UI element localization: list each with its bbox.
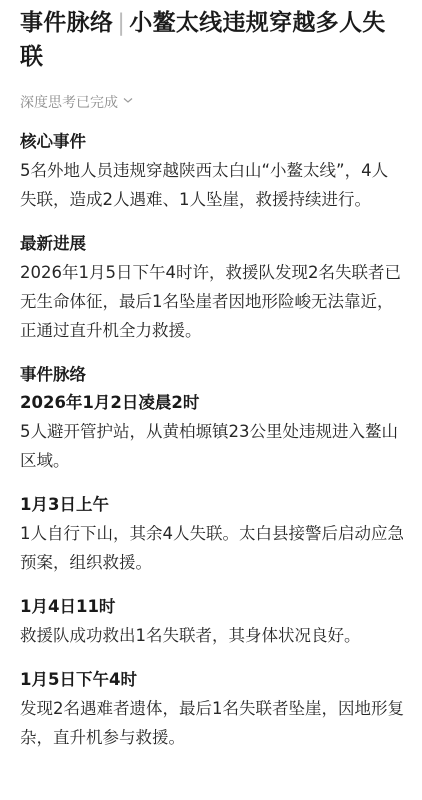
section-body: 5名外地人员违规穿越陕西太白山“小鳌太线”，4人失联，造成2人遇难、1人坠崖，救…: [20, 156, 404, 214]
timeline-event: 2026年1月2日凌晨2时 5人避开管护站，从黄柏塬镇23公里处违规进入鳌山区域…: [20, 389, 404, 475]
event-description: 救援队成功救出1名失联者，其身体状况良好。: [20, 621, 404, 650]
event-time: 1月3日上午: [20, 491, 404, 519]
section-heading: 最新进展: [20, 230, 404, 258]
timeline-event: 1月5日下午4时 发现2名遇难者遗体，最后1名失联者坠崖，因地形复杂，直升机参与…: [20, 666, 404, 752]
timeline-section: 事件脉络 2026年1月2日凌晨2时 5人避开管护站，从黄柏塬镇23公里处违规进…: [20, 361, 404, 752]
latest-progress-section: 最新进展 2026年1月5日下午4时许，救援队发现2名失联者已无生命体征，最后1…: [20, 230, 404, 345]
section-heading: 核心事件: [20, 128, 404, 156]
article: 事件脉络|小鳌太线违规穿越多人失联 深度思考已完成 核心事件 5名外地人员违规穿…: [0, 0, 422, 752]
timeline-event: 1月3日上午 1人自行下山，其余4人失联。太白县接警后启动应急预案，组织救援。: [20, 491, 404, 577]
deep-thinking-toggle[interactable]: 深度思考已完成: [20, 92, 404, 112]
section-body: 2026年1月5日下午4时许，救援队发现2名失联者已无生命体征，最后1名坠崖者因…: [20, 258, 404, 345]
event-description: 1人自行下山，其余4人失联。太白县接警后启动应急预案，组织救援。: [20, 519, 404, 577]
section-heading: 事件脉络: [20, 361, 404, 389]
event-description: 发现2名遇难者遗体，最后1名失联者坠崖，因地形复杂，直升机参与救援。: [20, 694, 404, 752]
deep-thinking-label: 深度思考已完成: [20, 92, 118, 112]
timeline-event: 1月4日11时 救援队成功救出1名失联者，其身体状况良好。: [20, 593, 404, 650]
title-separator: |: [117, 10, 125, 36]
chevron-down-icon: [122, 94, 134, 110]
core-event-section: 核心事件 5名外地人员违规穿越陕西太白山“小鳌太线”，4人失联，造成2人遇难、1…: [20, 128, 404, 214]
page-title: 事件脉络|小鳌太线违规穿越多人失联: [20, 6, 404, 74]
event-time: 2026年1月2日凌晨2时: [20, 389, 404, 417]
event-time: 1月4日11时: [20, 593, 404, 621]
event-description: 5人避开管护站，从黄柏塬镇23公里处违规进入鳌山区域。: [20, 417, 404, 475]
event-time: 1月5日下午4时: [20, 666, 404, 694]
title-prefix: 事件脉络: [20, 10, 113, 36]
